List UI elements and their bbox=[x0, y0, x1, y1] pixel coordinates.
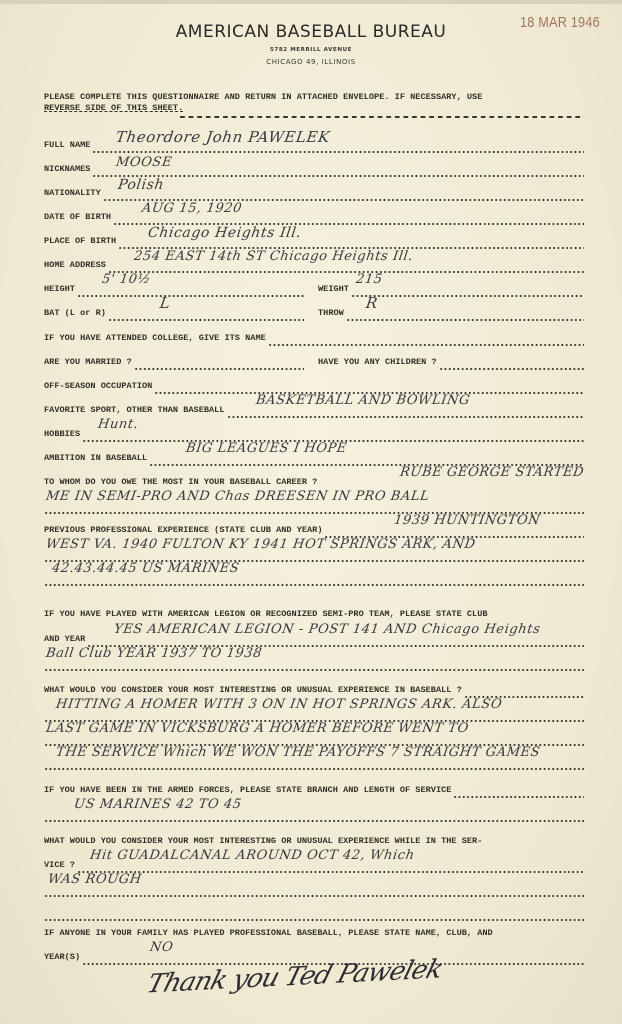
previous-experience-value-2: WEST VA. 1940 FULTON KY 1941 HOT SPRINGS… bbox=[45, 537, 477, 552]
questionnaire-page: AMERICAN BASEBALL BUREAU 5782 MERRILL AV… bbox=[0, 0, 622, 1024]
interesting-baseball-value-2: LAST GAME IN VICKSBURG A HOMER BEFORE WE… bbox=[45, 721, 470, 736]
date-of-birth-row: DATE OF BIRTH bbox=[44, 212, 584, 228]
received-date-stamp: 18 MAR 1946 bbox=[520, 14, 600, 31]
favorite-sport-value: BASKETBALL AND BOWLING bbox=[255, 393, 471, 408]
legion-value-2: Ball Club YEAR 1937 TO 1938 bbox=[45, 646, 263, 661]
full-name-value: Theordore John PAWELEK bbox=[115, 128, 331, 146]
interesting-service-value-1: Hit GUADALCANAL AROUND OCT 42, Which bbox=[89, 848, 416, 863]
place-of-birth-value: Chicago Heights Ill. bbox=[147, 225, 303, 241]
scan-edge bbox=[0, 0, 622, 4]
bat-value: L bbox=[159, 294, 172, 312]
legion-value-1: YES AMERICAN LEGION - POST 141 AND Chica… bbox=[113, 622, 541, 637]
interesting-service-value-2: WAS ROUGH bbox=[47, 872, 143, 887]
throw-row: THROW bbox=[318, 308, 584, 324]
owe-most-value-2: ME IN SEMI-PRO AND Chas DREESEN IN PRO B… bbox=[45, 489, 431, 504]
college-row: IF YOU HAVE ATTENDED COLLEGE, GIVE ITS N… bbox=[44, 333, 584, 349]
married-row: ARE YOU MARRIED ? bbox=[44, 357, 304, 373]
children-row: HAVE YOU ANY CHILDREN ? bbox=[318, 357, 584, 373]
letterhead-address-city: CHICAGO 49, ILLINOIS bbox=[0, 58, 622, 66]
previous-experience-value-1: 1939 HUNTINGTON bbox=[393, 513, 541, 528]
nicknames-value: MOOSE bbox=[115, 155, 173, 170]
height-row: HEIGHT bbox=[44, 284, 304, 300]
nationality-value: Polish bbox=[117, 177, 165, 193]
previous-experience-value-3: 42.43.44.45 US MARINES bbox=[51, 561, 240, 576]
armed-forces-value: US MARINES 42 TO 45 bbox=[73, 797, 243, 812]
date-of-birth-value: AUG 15, 1920 bbox=[141, 201, 243, 216]
height-value: 5' 10½ bbox=[101, 272, 152, 287]
owe-most-value-1: RUBE GEORGE STARTED bbox=[399, 465, 585, 480]
family-value: NO bbox=[149, 940, 174, 955]
letterhead-address-street: 5782 MERRILL AVENUE bbox=[0, 47, 622, 53]
interesting-service-row-3 bbox=[44, 908, 584, 924]
home-address-value: 254 EAST 14th ST Chicago Heights Ill. bbox=[133, 249, 414, 264]
family-label-row: IF ANYONE IN YOUR FAMILY HAS PLAYED PROF… bbox=[44, 928, 584, 944]
throw-value: R bbox=[365, 294, 379, 312]
ambition-value: BIG LEAGUES I HOPE bbox=[185, 441, 348, 456]
bat-row: BAT (L or R) bbox=[44, 308, 304, 324]
interesting-baseball-value-1: HITTING A HOMER WITH 3 ON IN HOT SPRINGS… bbox=[55, 697, 503, 712]
instructions-line-2: REVERSE SIDE OF THIS SHEET. bbox=[44, 103, 584, 119]
weight-value: 215 bbox=[355, 272, 384, 287]
interesting-baseball-value-3: THE SERVICE Which WE WON THE PAYOFFS 7 S… bbox=[55, 745, 541, 760]
hobbies-value: Hunt. bbox=[97, 417, 140, 432]
